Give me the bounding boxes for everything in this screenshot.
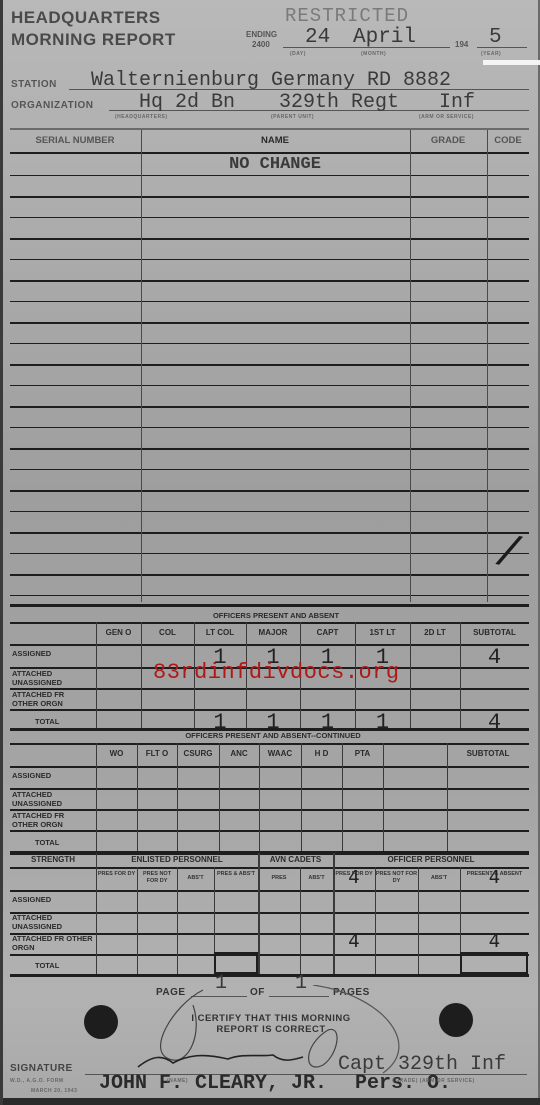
entry-rule <box>10 448 529 450</box>
column-header: ABS'T <box>300 875 333 882</box>
column-header: SUBTOTAL <box>447 749 529 758</box>
entry-rule <box>10 511 529 512</box>
cell-value: 4 <box>460 710 529 735</box>
table-rule <box>10 890 529 892</box>
entry-col-divider <box>410 130 411 602</box>
form-title-line2: MORNING REPORT <box>11 30 176 50</box>
table-rule <box>10 743 529 745</box>
table-col-divider <box>342 743 343 851</box>
entry-rule <box>10 238 529 240</box>
cell-value: 4 <box>333 867 375 888</box>
parent-unit-caption: (PARENT UNIT) <box>271 114 314 120</box>
arm-caption: (ARM OR SERVICE) <box>419 114 474 120</box>
table-rule <box>10 954 529 956</box>
table-col-divider <box>300 867 301 974</box>
column-header: 2D LT <box>410 628 460 637</box>
table-rule <box>10 809 529 811</box>
row-label: TOTAL <box>35 839 115 848</box>
bottom-edge <box>3 1098 540 1105</box>
table-col-divider <box>447 743 448 851</box>
strength-label: STRENGTH <box>12 855 94 864</box>
column-header: SUBTOTAL <box>460 628 529 637</box>
officers-title: OFFICERS PRESENT AND ABSENT <box>141 611 411 620</box>
entry-rule <box>10 175 529 176</box>
hq-caption: (HEADQUARTERS) <box>115 114 168 120</box>
entry-rule <box>10 595 529 596</box>
boxed-cell <box>460 952 528 974</box>
column-header: LT COL <box>194 628 246 637</box>
group-enlisted: ENLISTED PERSONNEL <box>96 855 258 864</box>
year-underline <box>477 47 527 48</box>
ending-label: ENDING <box>246 30 277 39</box>
scan-highlight <box>483 60 540 65</box>
station-label: STATION <box>11 79 57 90</box>
table-col-divider <box>301 743 302 851</box>
day-caption: (DAY) <box>290 51 306 57</box>
month-caption: (MONTH) <box>361 51 386 57</box>
entry-col-divider <box>141 130 142 602</box>
organization-arm: Inf <box>439 91 475 114</box>
entry-rule <box>10 322 529 324</box>
table-col-divider <box>258 853 260 974</box>
table-col-divider <box>418 867 419 974</box>
table-rule <box>10 788 529 790</box>
signature-label: SIGNATURE <box>10 1063 73 1074</box>
col-grade: GRADE <box>411 135 485 146</box>
row-label: ATTACHED FR OTHER ORGN <box>12 935 94 952</box>
entry-rule <box>10 406 529 408</box>
group-avn-cadets: AVN CADETS <box>258 855 333 864</box>
report-day: 24 <box>305 26 330 49</box>
row-label: TOTAL <box>35 962 117 971</box>
column-header: WO <box>96 749 137 758</box>
watermark-text: 83rdinfdivdocs.org <box>153 660 400 685</box>
table-col-divider <box>141 622 142 728</box>
classification-stamp: RESTRICTED <box>285 5 409 27</box>
table-rule <box>10 830 529 832</box>
name-caption: (NAME) <box>167 1078 188 1084</box>
entry-rule <box>10 301 529 302</box>
table-rule <box>10 688 529 690</box>
entry-no-change: NO CHANGE <box>141 155 409 174</box>
column-header: PRES & ABS'T <box>214 871 258 878</box>
ending-time-label: 2400 <box>252 40 270 49</box>
form-title-line1: HEADQUARTERS <box>11 8 161 28</box>
table-col-divider <box>177 743 178 851</box>
entry-rule <box>10 490 529 492</box>
entry-rule <box>10 532 529 534</box>
column-header: CAPT <box>300 628 355 637</box>
column-header: MAJOR <box>246 628 300 637</box>
signer-name: JOHN F. CLEARY, JR. <box>99 1072 327 1095</box>
header-rule <box>10 152 529 154</box>
table-col-divider <box>383 743 384 851</box>
entry-col-divider <box>487 130 488 602</box>
entries-top-rule <box>10 128 529 130</box>
col-code: CODE <box>487 135 529 146</box>
form-note-1: W.D., A.G.O. FORM <box>10 1078 64 1084</box>
column-header: PTA <box>342 749 383 758</box>
table-col-divider <box>96 743 97 851</box>
row-label: ATTACHED FR OTHER ORGN <box>12 812 92 829</box>
cell-value: 4 <box>460 931 529 952</box>
report-month: April <box>353 26 416 49</box>
column-header: COL <box>141 628 194 637</box>
row-label: ASSIGNED <box>12 772 92 781</box>
entry-rule <box>10 217 529 218</box>
column-header: ABS'T <box>418 875 460 882</box>
officers-continued-title: OFFICERS PRESENT AND ABSENT--CONTINUED <box>123 731 423 740</box>
morning-report-form: HEADQUARTERS MORNING REPORT RESTRICTED E… <box>0 0 540 1105</box>
entry-rule <box>10 427 529 428</box>
cell-value: 4 <box>333 931 375 952</box>
col-serial-number: SERIAL NUMBER <box>11 135 139 146</box>
entry-rule <box>10 364 529 366</box>
year-caption: (YEAR) <box>481 51 501 57</box>
row-label: ATTACHED UNASSIGNED <box>12 791 92 808</box>
entry-rule <box>10 469 529 470</box>
column-header: 1ST LT <box>355 628 410 637</box>
column-header: H D <box>301 749 342 758</box>
row-label: ATTACHED FR OTHER ORGN <box>12 691 92 708</box>
cell-value: 4 <box>460 645 529 670</box>
cell-value: 4 <box>460 867 529 888</box>
entry-rule <box>10 385 529 386</box>
grade-caption: (GRADE) (ARM OR SERVICE) <box>393 1078 475 1084</box>
column-header: PRES NOT FOR DY <box>375 871 418 885</box>
table-col-divider <box>137 743 138 851</box>
form-note-2: MARCH 20, 1943 <box>31 1088 77 1094</box>
year-prefix: 194 <box>455 40 468 49</box>
entry-rule <box>10 343 529 344</box>
station-value: Walternienburg Germany RD 8882 <box>91 69 451 92</box>
organization-label: ORGANIZATION <box>11 100 93 111</box>
organization-parent-unit: 329th Regt <box>279 91 399 114</box>
table-rule <box>10 867 529 869</box>
row-label: ASSIGNED <box>12 896 94 905</box>
column-header: WAAC <box>259 749 301 758</box>
table-col-divider <box>177 867 178 974</box>
column-header: ABS'T <box>177 875 214 882</box>
entry-rule <box>10 553 529 554</box>
table-rule <box>10 974 529 977</box>
column-header: FLT O <box>137 749 177 758</box>
row-label: ASSIGNED <box>12 650 92 659</box>
group-officer-personnel: OFFICER PERSONNEL <box>333 855 529 864</box>
row-label: ATTACHED UNASSIGNED <box>12 670 92 687</box>
entry-rule <box>10 574 529 576</box>
table-rule <box>10 766 529 768</box>
table-col-divider <box>96 622 97 728</box>
table-rule <box>10 622 529 624</box>
column-header: PRES FOR DY <box>96 871 137 878</box>
report-year-digit: 5 <box>489 26 502 49</box>
organization-hq: Hq 2d Bn <box>139 91 235 114</box>
row-label: TOTAL <box>35 718 115 727</box>
row-label: ATTACHED UNASSIGNED <box>12 914 94 931</box>
table-col-divider <box>410 622 411 728</box>
col-name: NAME <box>141 135 409 146</box>
binder-hole-left <box>84 1005 118 1039</box>
column-header: PRES <box>258 875 300 882</box>
table-col-divider <box>259 743 260 851</box>
entries-bottom-rule <box>10 604 529 607</box>
column-header: GEN O <box>96 628 141 637</box>
boxed-cell <box>214 952 258 974</box>
entry-rule <box>10 196 529 198</box>
column-header: PRES NOT FOR DY <box>137 871 177 885</box>
entry-rule <box>10 280 529 282</box>
entry-rule <box>10 259 529 260</box>
binder-hole-right <box>439 1003 473 1037</box>
column-header: ANC <box>219 749 259 758</box>
column-header: CSURG <box>177 749 219 758</box>
table-col-divider <box>219 743 220 851</box>
